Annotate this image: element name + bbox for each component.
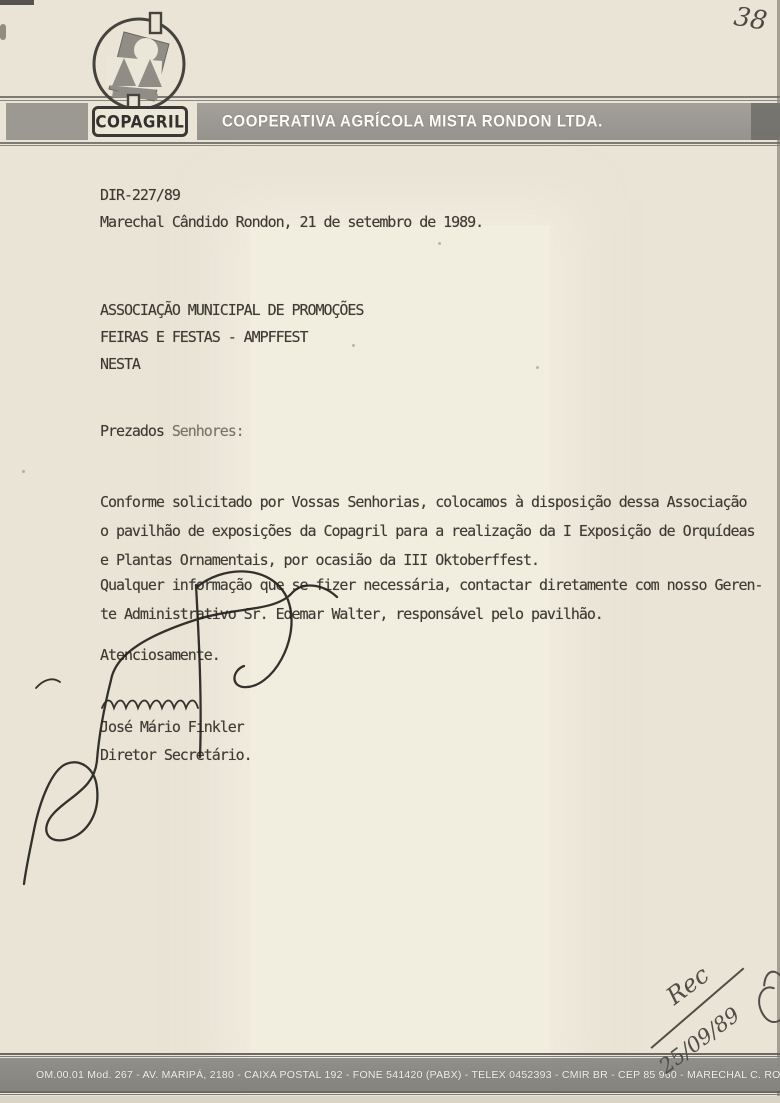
body-line: o pavilhão de exposições da Copagril par… [100,522,754,540]
footer-address-line: OM.00.01 Mod. 267 - AV. MARIPÁ, 2180 - C… [0,1069,780,1081]
footer-band: OM.00.01 Mod. 267 - AV. MARIPÁ, 2180 - C… [0,1058,780,1091]
paper-speck [438,242,441,245]
body-line: e Plantas Ornamentais, por ocasião da II… [100,551,539,569]
paper-speck [352,344,355,347]
paper-speck [536,366,539,369]
footer-rule [0,1094,780,1095]
letter-reference: DIR-227/89 [100,186,180,204]
footer-rule [0,1056,780,1057]
handwritten-page-number: 38 [732,2,769,37]
closing: Atenciosamente. [100,646,220,664]
letter-dateline: Marechal Cândido Rondon, 21 de setembro … [100,213,483,231]
header-band-end [751,103,780,140]
signer-name: José Mário Finkler [100,718,244,736]
recipient-line: NESTA [100,355,140,373]
salutation-normal: Prezados [100,422,172,440]
body-line: Conforme solicitado por Vossas Senhorias… [100,493,746,511]
received-initials-flourish [745,969,780,1027]
copagril-logo-text: COPAGRIL [96,112,185,132]
scan-bottom-strip [0,1096,780,1103]
scan-crease-mark [0,24,6,40]
footer-rule [0,1053,780,1055]
scan-crease-mark [0,0,34,5]
copagril-logo-box: COPAGRIL [92,106,188,137]
received-label: Rec [660,961,714,1011]
scanner-light-band [250,225,550,1060]
signer-title: Diretor Secretário. [100,746,252,764]
header-band-left [6,103,88,140]
recipient-line: FEIRAS E FESTAS - AMPFFEST [100,328,308,346]
header-band: COOPERATIVA AGRÍCOLA MISTA RONDON LTDA. [197,103,780,140]
salutation: Prezados Senhores: [100,422,244,440]
scanned-letter-page: COOPERATIVA AGRÍCOLA MISTA RONDON LTDA. … [0,0,780,1103]
body-line: te Administrativo Sr. Edemar Walter, res… [100,605,603,623]
paper-speck [22,470,25,473]
footer-rule [0,1091,780,1093]
recipient-line: ASSOCIAÇÃO MUNICIPAL DE PROMOÇÕES [100,301,363,319]
company-name: COOPERATIVA AGRÍCOLA MISTA RONDON LTDA. [197,112,603,130]
salutation-faded: Senhores: [172,422,244,440]
body-line: Qualquer informação que se fizer necessá… [100,576,762,594]
header-rule [0,145,780,146]
